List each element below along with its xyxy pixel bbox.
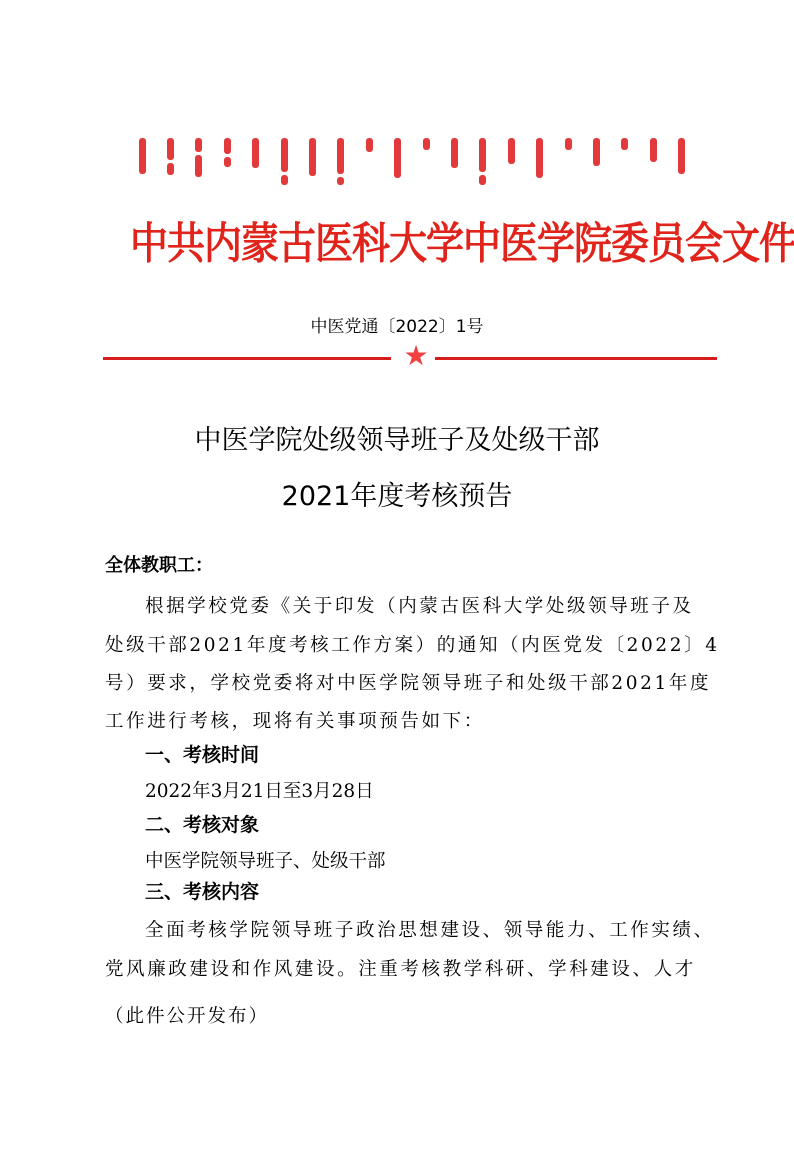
mongolian-glyph — [280, 138, 288, 188]
mongolian-glyph — [507, 138, 515, 167]
intro-line: 工作进行考核，现将有关事项预告如下： — [105, 707, 720, 733]
section-content-line: 全面考核学院领导班子政治思想建设、领导能力、工作实绩、 — [145, 916, 760, 942]
mongolian-glyph — [252, 138, 260, 171]
letterhead-title: 中共内蒙古医科大学中医学院委员会文件 — [130, 208, 700, 271]
mongolian-glyph — [479, 138, 487, 188]
mongolian-glyph — [308, 138, 316, 179]
mongolian-glyph — [536, 138, 544, 181]
red-divider-left — [103, 357, 391, 360]
red-star-icon: ★ — [402, 342, 430, 370]
mongolian-glyph — [337, 138, 345, 188]
section-content-line: 党风廉政建设和作风建设。注重考核教学科研、学科建设、人才 — [105, 955, 720, 981]
mongolian-glyph — [450, 138, 458, 171]
mongolian-glyph — [394, 138, 402, 181]
mongolian-glyph — [166, 138, 174, 178]
document-title-line-1: 中医学院处级领导班子及处级干部 — [0, 418, 794, 457]
document-title-line-2: 2021年度考核预告 — [0, 474, 794, 513]
mongolian-glyph — [564, 138, 572, 153]
mongolian-glyph — [593, 138, 601, 169]
section-heading-target: 二、考核对象 — [145, 810, 259, 837]
mongolian-glyph — [649, 138, 657, 165]
intro-line: 根据学校党委《关于印发（内蒙古医科大学处级领导班子及 — [145, 592, 760, 618]
mongolian-glyph — [365, 138, 373, 155]
mongolian-glyph — [195, 138, 203, 180]
salutation: 全体教职工： — [105, 551, 213, 577]
mongolian-glyph — [422, 138, 430, 153]
mongolian-glyph — [138, 138, 146, 177]
section-heading-content: 三、考核内容 — [145, 877, 259, 904]
mongolian-glyph — [678, 138, 686, 177]
section-content-time: 2022年3月21日至3月28日 — [145, 777, 374, 803]
section-heading-time: 一、考核时间 — [145, 740, 259, 767]
mongolian-letterhead — [138, 138, 686, 200]
public-release-note: （此件公开发布） — [105, 1002, 269, 1028]
mongolian-glyph — [223, 138, 231, 170]
mongolian-glyph — [621, 138, 629, 153]
section-content-target: 中医学院领导班子、处级干部 — [145, 847, 386, 873]
red-divider-right — [435, 357, 717, 360]
document-number: 中医党通〔2022〕1号 — [0, 312, 794, 337]
intro-line: 号）要求，学校党委将对中医学院领导班子和处级干部2021年度 — [105, 669, 720, 695]
intro-line: 处级干部2021年度考核工作方案）的通知（内医党发〔2022〕4 — [105, 631, 720, 657]
